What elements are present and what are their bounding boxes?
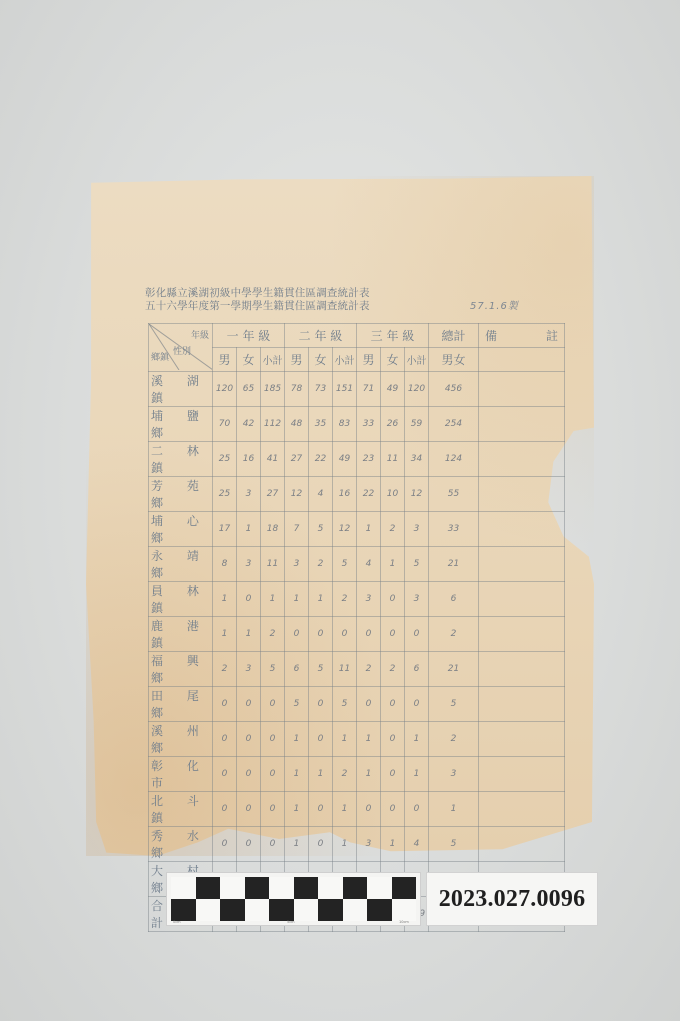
count-cell: 1: [357, 757, 381, 792]
count-cell: 42: [237, 407, 261, 442]
table-row: 秀 水 鄉0001013145: [149, 827, 565, 862]
count-cell: 4: [309, 477, 333, 512]
sub-header: 男: [357, 348, 381, 372]
count-cell: 0: [213, 792, 237, 827]
count-cell: 151: [333, 372, 357, 407]
count-cell: 1: [357, 722, 381, 757]
sub-header: 男: [213, 348, 237, 372]
count-cell: 112: [261, 407, 285, 442]
count-cell: 71: [357, 372, 381, 407]
table-row: 溪 州 鄉0001011012: [149, 722, 565, 757]
count-cell: 0: [309, 687, 333, 722]
count-cell: 49: [333, 442, 357, 477]
corner-header: 年級 性別 鄉鎮: [149, 324, 213, 372]
count-cell: 5: [309, 652, 333, 687]
count-cell: 1: [333, 722, 357, 757]
remarks-cell: [479, 407, 565, 442]
row-total-cell: 124: [429, 442, 479, 477]
row-total-cell: 456: [429, 372, 479, 407]
count-cell: 5: [261, 652, 285, 687]
total-header: 總計: [429, 324, 479, 348]
township-label: 埔 鹽 鄉: [149, 407, 213, 442]
count-cell: 8: [213, 547, 237, 582]
remarks-cell: [479, 792, 565, 827]
grade-1-header: 一 年 級: [213, 324, 285, 348]
count-cell: 3: [357, 827, 381, 862]
count-cell: 0: [309, 792, 333, 827]
count-cell: 11: [381, 442, 405, 477]
row-total-cell: 5: [429, 827, 479, 862]
count-cell: 27: [285, 442, 309, 477]
count-cell: 3: [237, 652, 261, 687]
remarks-cell: [479, 477, 565, 512]
remarks-cell: [479, 617, 565, 652]
count-cell: 26: [381, 407, 405, 442]
township-label: 秀 水 鄉: [149, 827, 213, 862]
township-label: 永 靖 鄉: [149, 547, 213, 582]
sub-header: 女: [381, 348, 405, 372]
count-cell: 49: [381, 372, 405, 407]
count-cell: 27: [261, 477, 285, 512]
count-cell: 0: [381, 722, 405, 757]
title-line-2: 五十六學年度第一學期學生籍貫住區調查統計表: [145, 300, 415, 313]
count-cell: 5: [405, 547, 429, 582]
table-row: 埔 心 鄉17118751212333: [149, 512, 565, 547]
sub-header: 小計: [261, 348, 285, 372]
title-line-1: 彰化縣立溪湖初級中學學生籍貫住區調查統計表: [145, 287, 415, 300]
remarks-header-left: 備: [485, 329, 497, 343]
remarks-cell: [479, 512, 565, 547]
count-cell: 78: [285, 372, 309, 407]
count-cell: 1: [381, 827, 405, 862]
count-cell: 0: [237, 582, 261, 617]
count-cell: 0: [381, 617, 405, 652]
count-cell: 16: [333, 477, 357, 512]
row-total-cell: 1: [429, 792, 479, 827]
township-label: 二 林 鎮: [149, 442, 213, 477]
count-cell: 1: [285, 757, 309, 792]
remarks-cell: [479, 757, 565, 792]
count-cell: 0: [261, 827, 285, 862]
count-cell: 1: [237, 512, 261, 547]
sub-header: 女: [309, 348, 333, 372]
count-cell: 3: [237, 477, 261, 512]
sub-header: 男: [285, 348, 309, 372]
count-cell: 7: [285, 512, 309, 547]
count-cell: 1: [285, 722, 309, 757]
count-cell: 1: [285, 582, 309, 617]
count-cell: 0: [261, 687, 285, 722]
table-row: 福 興 鄉235651122621: [149, 652, 565, 687]
count-cell: 0: [381, 687, 405, 722]
count-cell: 5: [333, 687, 357, 722]
table-row: 溪 湖 鎮1206518578731517149120456: [149, 372, 565, 407]
count-cell: 41: [261, 442, 285, 477]
count-cell: 0: [261, 757, 285, 792]
count-cell: 25: [213, 477, 237, 512]
count-cell: 3: [405, 512, 429, 547]
count-cell: 0: [405, 617, 429, 652]
count-cell: 10: [381, 477, 405, 512]
row-total-cell: 21: [429, 547, 479, 582]
count-cell: 0: [357, 792, 381, 827]
row-total-cell: 2: [429, 617, 479, 652]
count-cell: 1: [357, 512, 381, 547]
count-cell: 0: [405, 792, 429, 827]
remarks-cell: [479, 687, 565, 722]
table-row: 彰 化 市0001121013: [149, 757, 565, 792]
count-cell: 33: [357, 407, 381, 442]
count-cell: 2: [381, 512, 405, 547]
sub-header: 小計: [333, 348, 357, 372]
count-cell: 0: [381, 792, 405, 827]
count-cell: 34: [405, 442, 429, 477]
count-cell: 0: [213, 827, 237, 862]
remarks-cell: [479, 547, 565, 582]
table-row: 員 林 鎮1011123036: [149, 582, 565, 617]
count-cell: 1: [309, 582, 333, 617]
table-row: 埔 鹽 鄉7042112483583332659254: [149, 407, 565, 442]
count-cell: 0: [405, 687, 429, 722]
count-cell: 22: [357, 477, 381, 512]
count-cell: 3: [237, 547, 261, 582]
count-cell: 1: [333, 827, 357, 862]
row-total-cell: 6: [429, 582, 479, 617]
remarks-cell: [479, 827, 565, 862]
scale-row-top: [171, 877, 416, 899]
count-cell: 120: [213, 372, 237, 407]
township-label: 芳 苑 鄉: [149, 477, 213, 512]
remarks-cell: [479, 442, 565, 477]
count-cell: 3: [405, 582, 429, 617]
corner-grade-label: 年級: [191, 328, 209, 341]
scale-label: 5cm: [287, 920, 295, 924]
row-total-cell: 55: [429, 477, 479, 512]
count-cell: 3: [357, 582, 381, 617]
header-row-grades: 年級 性別 鄉鎮 一 年 級 二 年 級 三 年 級 總計 備 註: [149, 324, 565, 348]
remarks-cell: [479, 652, 565, 687]
count-cell: 0: [213, 687, 237, 722]
grade-3-header: 三 年 級: [357, 324, 429, 348]
township-label: 田 尾 鄉: [149, 687, 213, 722]
count-cell: 73: [309, 372, 333, 407]
count-cell: 25: [213, 442, 237, 477]
table-row: 芳 苑 鄉253271241622101255: [149, 477, 565, 512]
remarks-header: 備 註: [479, 324, 565, 348]
remarks-cell: [479, 582, 565, 617]
township-label: 埔 心 鄉: [149, 512, 213, 547]
color-scale-bar: 0cm 5cm 10cm: [166, 872, 421, 926]
count-cell: 12: [285, 477, 309, 512]
scale-row-bottom: [171, 899, 416, 921]
count-cell: 0: [309, 722, 333, 757]
count-cell: 12: [405, 477, 429, 512]
count-cell: 1: [213, 582, 237, 617]
document-date: 57.1.6製: [470, 297, 519, 312]
count-cell: 0: [213, 722, 237, 757]
count-cell: 18: [261, 512, 285, 547]
count-cell: 120: [405, 372, 429, 407]
count-cell: 2: [333, 757, 357, 792]
township-label: 彰 化 市: [149, 757, 213, 792]
count-cell: 83: [333, 407, 357, 442]
remarks-cell: [479, 372, 565, 407]
count-cell: 185: [261, 372, 285, 407]
count-cell: 12: [333, 512, 357, 547]
count-cell: 0: [237, 687, 261, 722]
count-cell: 4: [405, 827, 429, 862]
row-total-cell: 5: [429, 687, 479, 722]
count-cell: 0: [285, 617, 309, 652]
count-cell: 16: [237, 442, 261, 477]
township-label: 溪 州 鄉: [149, 722, 213, 757]
table-row: 北 斗 鎮0001010001: [149, 792, 565, 827]
count-cell: 1: [405, 722, 429, 757]
count-cell: 2: [357, 652, 381, 687]
count-cell: 70: [213, 407, 237, 442]
count-cell: 0: [309, 827, 333, 862]
accession-number-label: 2023.027.0096: [426, 872, 598, 926]
corner-gender-label: 性別: [173, 344, 191, 357]
count-cell: 65: [237, 372, 261, 407]
count-cell: 4: [357, 547, 381, 582]
table-row: 田 尾 鄉0005050005: [149, 687, 565, 722]
sub-header: 小計: [405, 348, 429, 372]
count-cell: 0: [261, 792, 285, 827]
count-cell: 0: [309, 617, 333, 652]
township-label: 福 興 鄉: [149, 652, 213, 687]
table-row: 鹿 港 鎮1120000002: [149, 617, 565, 652]
count-cell: 2: [333, 582, 357, 617]
table-row: 二 林 鎮251641272249231134124: [149, 442, 565, 477]
count-cell: 0: [237, 722, 261, 757]
sub-header: 女: [237, 348, 261, 372]
count-cell: 0: [381, 582, 405, 617]
count-cell: 48: [285, 407, 309, 442]
count-cell: 6: [285, 652, 309, 687]
count-cell: 1: [285, 792, 309, 827]
township-label: 溪 湖 鎮: [149, 372, 213, 407]
count-cell: 2: [213, 652, 237, 687]
count-cell: 0: [237, 827, 261, 862]
scale-label: 0cm: [173, 920, 181, 924]
row-total-cell: 254: [429, 407, 479, 442]
row-total-cell: 33: [429, 512, 479, 547]
count-cell: 2: [381, 652, 405, 687]
count-cell: 2: [309, 547, 333, 582]
count-cell: 1: [261, 582, 285, 617]
count-cell: 2: [261, 617, 285, 652]
count-cell: 3: [285, 547, 309, 582]
count-cell: 5: [309, 512, 333, 547]
count-cell: 0: [381, 757, 405, 792]
remarks-cell: [479, 722, 565, 757]
corner-township-label: 鄉鎮: [151, 350, 169, 363]
remarks-header-right: 註: [546, 327, 558, 344]
count-cell: 1: [213, 617, 237, 652]
count-cell: 11: [261, 547, 285, 582]
row-total-cell: 3: [429, 757, 479, 792]
statistics-table: 年級 性別 鄉鎮 一 年 級 二 年 級 三 年 級 總計 備 註 男 女 小計…: [148, 323, 565, 932]
scale-label: 10cm: [399, 920, 409, 924]
count-cell: 1: [405, 757, 429, 792]
count-cell: 0: [357, 617, 381, 652]
count-cell: 23: [357, 442, 381, 477]
count-cell: 1: [285, 827, 309, 862]
grade-2-header: 二 年 級: [285, 324, 357, 348]
count-cell: 35: [309, 407, 333, 442]
count-cell: 6: [405, 652, 429, 687]
count-cell: 1: [381, 547, 405, 582]
count-cell: 0: [261, 722, 285, 757]
total-sub-header: 男女: [429, 348, 479, 372]
count-cell: 0: [237, 757, 261, 792]
count-cell: 59: [405, 407, 429, 442]
table-row: 永 靖 鄉831132541521: [149, 547, 565, 582]
count-cell: 0: [333, 617, 357, 652]
count-cell: 11: [333, 652, 357, 687]
document-title: 彰化縣立溪湖初級中學學生籍貫住區調查統計表 五十六學年度第一學期學生籍貫住區調查…: [145, 287, 415, 313]
count-cell: 1: [309, 757, 333, 792]
row-total-cell: 2: [429, 722, 479, 757]
count-cell: 5: [285, 687, 309, 722]
count-cell: 0: [213, 757, 237, 792]
township-label: 員 林 鎮: [149, 582, 213, 617]
row-total-cell: 21: [429, 652, 479, 687]
count-cell: 17: [213, 512, 237, 547]
remarks-cell: [479, 348, 565, 372]
count-cell: 0: [357, 687, 381, 722]
township-label: 北 斗 鎮: [149, 792, 213, 827]
count-cell: 22: [309, 442, 333, 477]
count-cell: 1: [237, 617, 261, 652]
count-cell: 0: [237, 792, 261, 827]
count-cell: 1: [333, 792, 357, 827]
count-cell: 5: [333, 547, 357, 582]
township-label: 鹿 港 鎮: [149, 617, 213, 652]
